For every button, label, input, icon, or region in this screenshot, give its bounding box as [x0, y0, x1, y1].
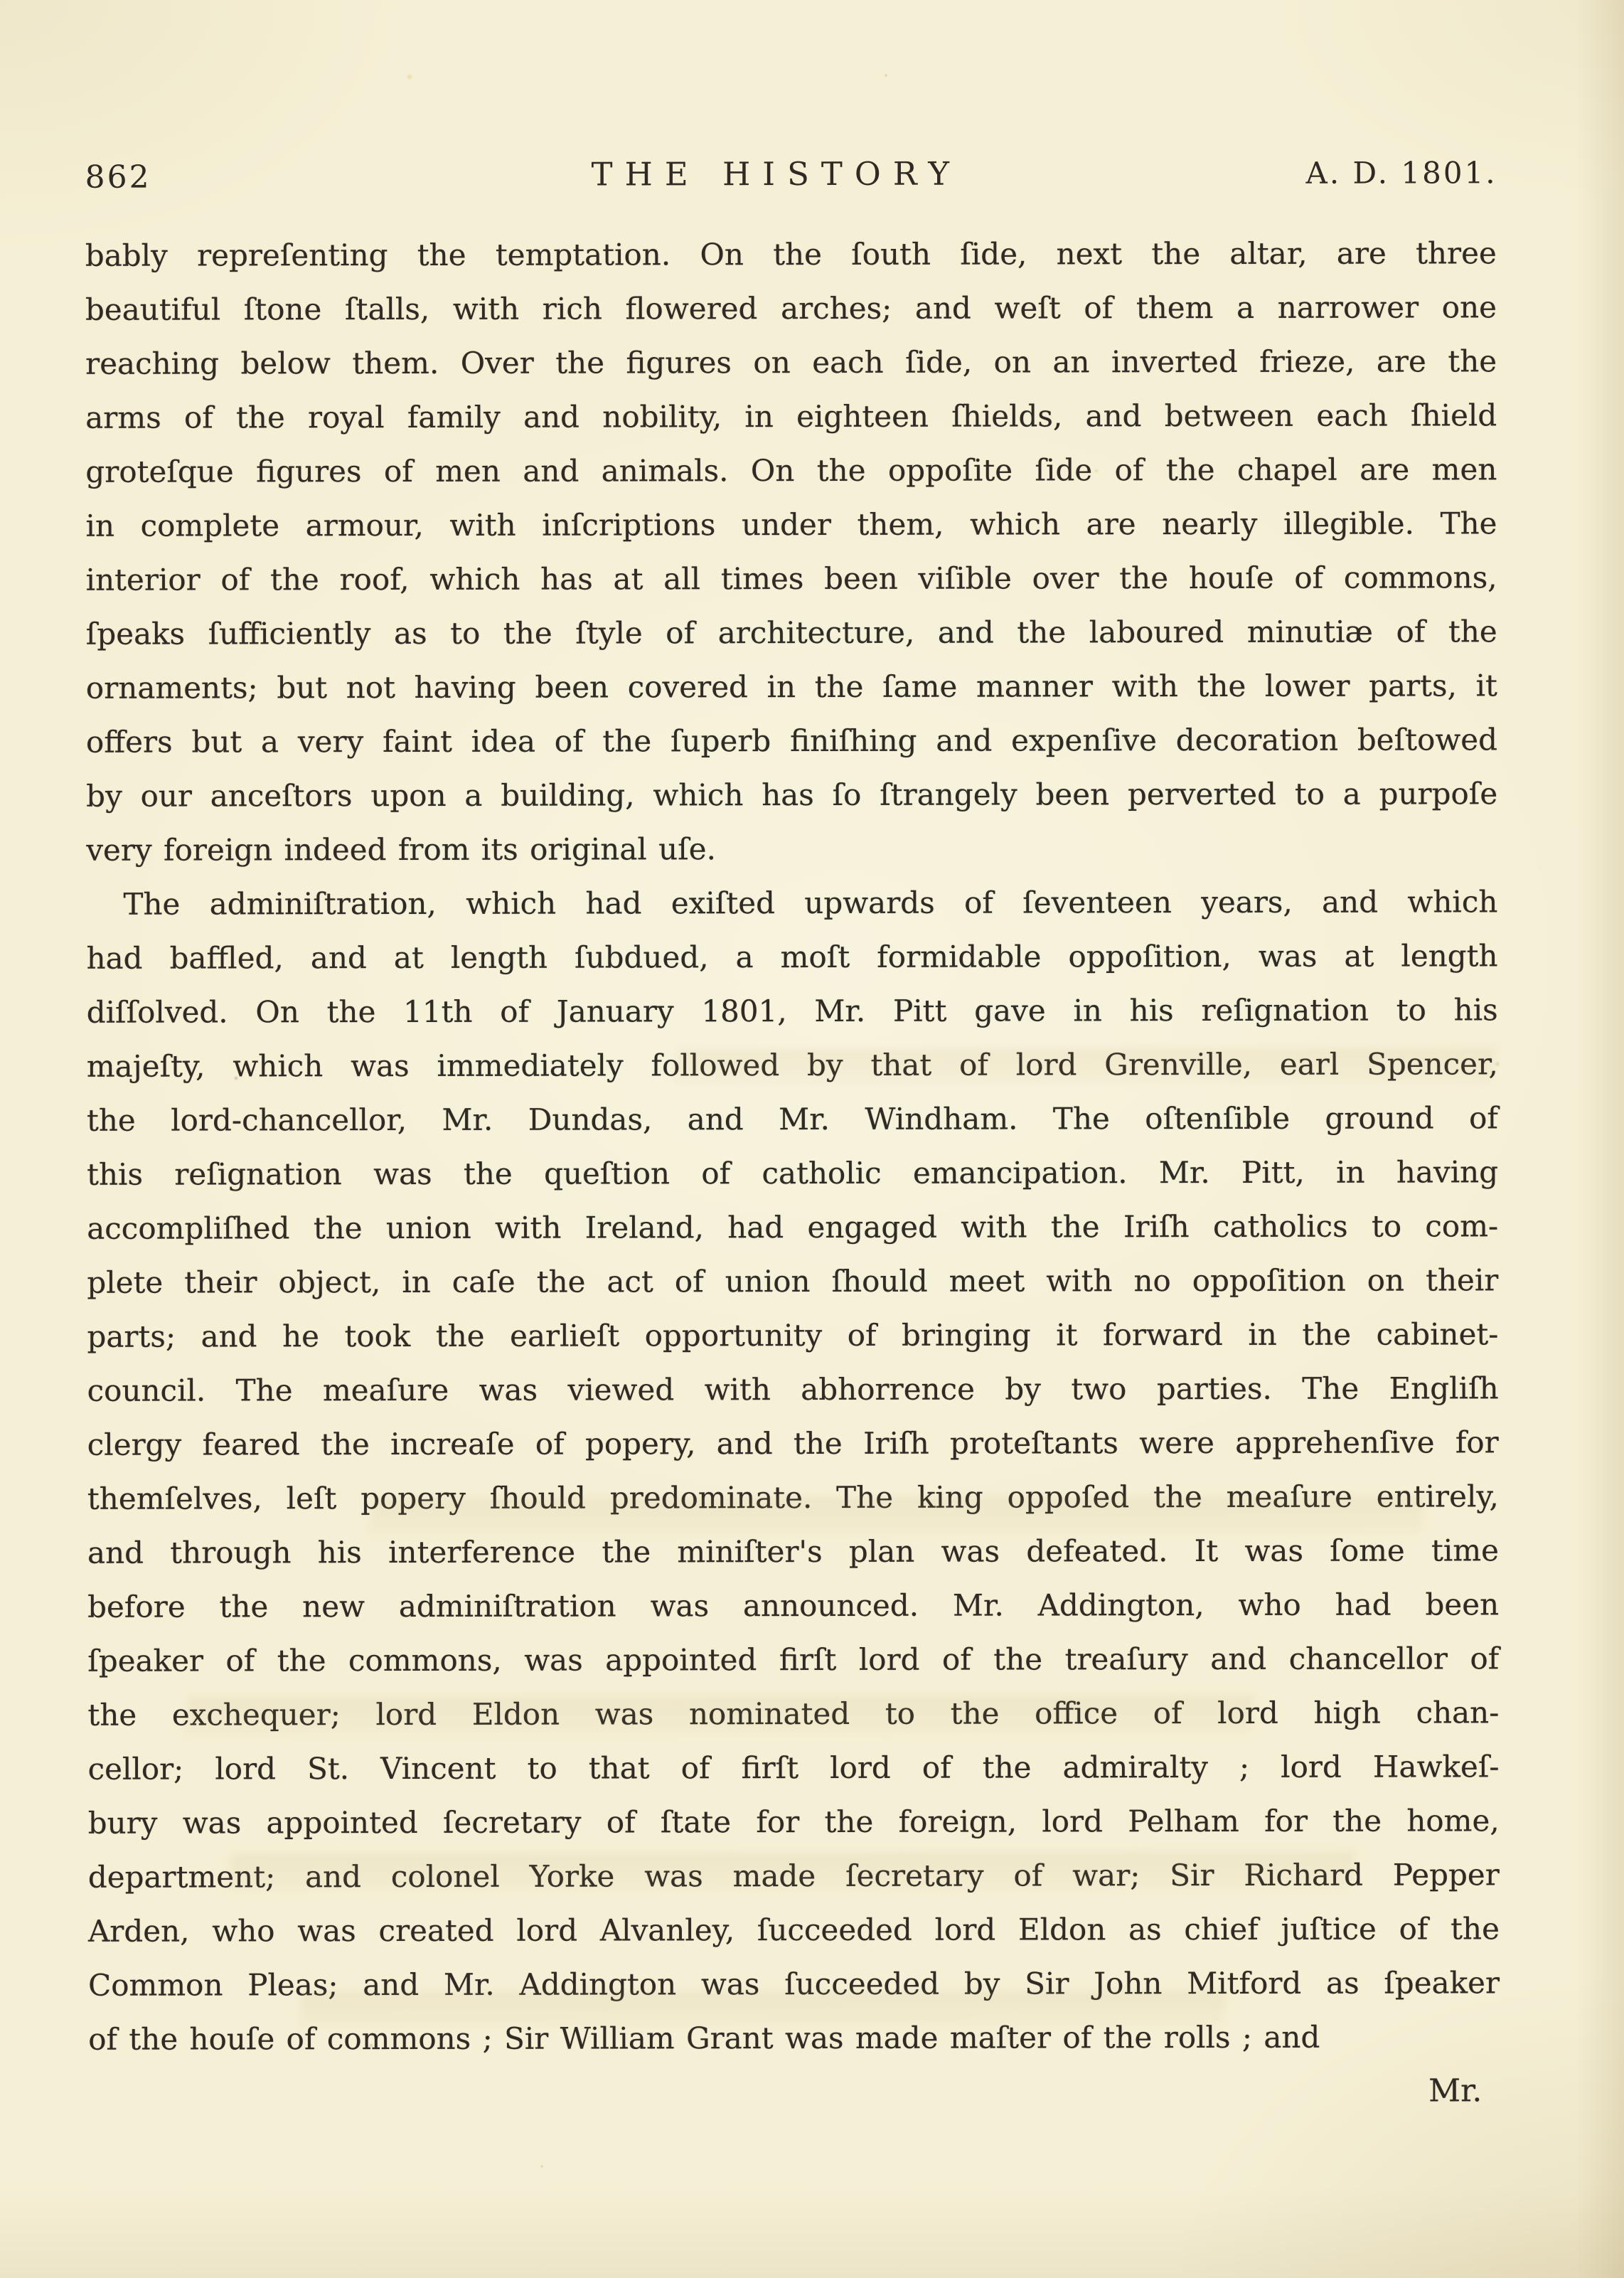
text-line: accompliſhed the union with Ireland, had… [87, 1199, 1498, 1255]
text-line: reaching below them. Over the figures on… [85, 334, 1497, 390]
page-content: 862 THE HISTORY A. D. 1801. bably repreſ… [0, 0, 1624, 2278]
text-line: Arden, who was created lord Alvanley, ſu… [88, 1902, 1500, 1958]
text-line: plete their object, in caſe the act of u… [87, 1253, 1498, 1309]
text-line: ornaments; but not having been covered i… [86, 659, 1497, 715]
text-line: diſſolved. On the 11th of January 1801, … [87, 983, 1498, 1039]
text-line: and through his interference the miniſte… [87, 1523, 1499, 1580]
text-line: of the houſe of commons ; Sir William Gr… [88, 2010, 1500, 2066]
text-line: the exchequer; lord Eldon was nominated … [87, 1686, 1499, 1742]
text-line: themſelves, leſt popery ſhould predomina… [87, 1469, 1499, 1526]
text-line: had baffled, and at length ſubdued, a mo… [86, 929, 1497, 985]
text-line: department; and colonel Yorke was made ſ… [88, 1848, 1500, 1904]
text-line: this reſignation was the queſtion of cat… [87, 1145, 1498, 1201]
text-line: groteſque figures of men and animals. On… [85, 442, 1497, 499]
running-title: THE HISTORY [592, 155, 961, 193]
text-line: parts; and he took the earlieſt opportun… [87, 1307, 1498, 1363]
text-line: council. The meaſure was viewed with abh… [87, 1361, 1499, 1417]
book-page-scan: 862 THE HISTORY A. D. 1801. bably repreſ… [0, 0, 1624, 2278]
text-line: clergy feared the increaſe of popery, an… [87, 1415, 1499, 1471]
text-line: interior of the roof, which has at all t… [86, 550, 1497, 607]
text-line: majeſty, which was immediately followed … [87, 1037, 1498, 1093]
text-line: the lord-chancellor, Mr. Dundas, and Mr.… [87, 1091, 1498, 1147]
text-line: cellor; lord St. Vincent to that of firſ… [87, 1740, 1499, 1796]
text-line: offers but a very faint idea of the ſupe… [86, 713, 1497, 769]
text-line: arms of the royal family and nobility, i… [85, 388, 1497, 445]
text-line: Common Pleas; and Mr. Addington was ſucc… [88, 1956, 1500, 2012]
text-line: before the new adminiſtration was announ… [87, 1577, 1499, 1634]
text-line: by our anceſtors upon a building, which … [86, 767, 1497, 823]
header-date: A. D. 1801. [1305, 155, 1497, 190]
text-line: bably repreſenting the temptation. On th… [85, 226, 1497, 282]
body-text-block: bably repreſenting the temptation. On th… [85, 226, 1500, 2066]
text-line: The adminiſtration, which had exiſted up… [86, 875, 1497, 931]
running-header: 862 THE HISTORY A. D. 1801. [85, 149, 1497, 201]
catchword: Mr. [88, 2072, 1482, 2111]
text-line: very foreign indeed from its original uſ… [86, 821, 1497, 877]
page-number: 862 [85, 159, 151, 196]
text-line: bury was appointed ſecretary of ſtate fo… [88, 1794, 1500, 1850]
text-line: beautiful ſtone ſtalls, with rich flower… [85, 280, 1497, 336]
text-line: ſpeaks ſufficiently as to the ſtyle of a… [86, 605, 1497, 661]
text-line: in complete armour, with inſcriptions un… [85, 496, 1497, 553]
text-line: ſpeaker of the commons, was appointed fi… [87, 1632, 1499, 1688]
